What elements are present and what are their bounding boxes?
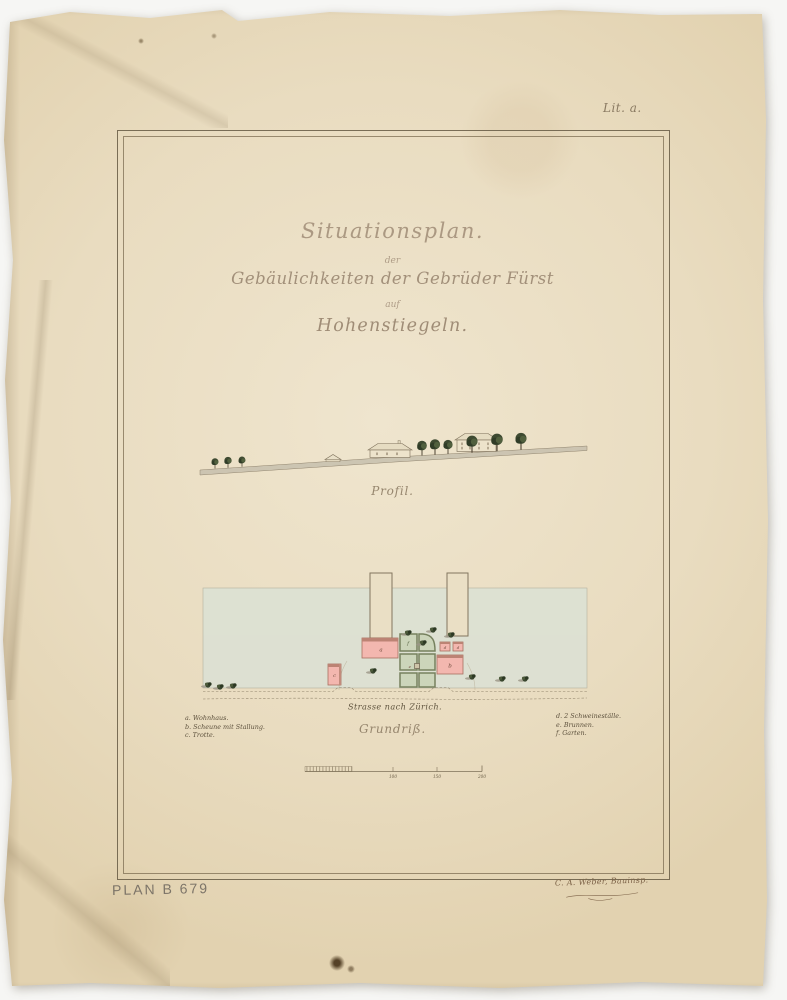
profile-tree — [443, 440, 452, 454]
signature-block: C. A. Weber, Bauinsp. — [537, 875, 668, 908]
archive-lit-label: Lit. a. — [603, 101, 642, 115]
plan-letter-d: d — [444, 645, 447, 650]
plan-road-lower-edge — [203, 698, 587, 699]
profile-drawing — [195, 413, 595, 485]
scale-tick-label: 150 — [433, 774, 441, 779]
scale-tick-label: 100 — [389, 774, 397, 779]
plan-strip — [370, 573, 392, 638]
profile-tree — [239, 457, 246, 467]
profile-tree — [430, 439, 440, 455]
legend-item: d. 2 Schweineställe. — [556, 712, 621, 721]
title-line-3: Gebäulichkeiten der Gebrüder Fürst — [117, 269, 668, 288]
scale-tick-label: 200 — [477, 774, 486, 779]
ground-plan-drawing: f e — [195, 563, 600, 715]
scale-bar: 100 150 200 — [300, 759, 490, 785]
plan-road-label: Strasse nach Zürich. — [348, 702, 442, 712]
plan-garden — [400, 634, 435, 687]
plan-well — [415, 664, 420, 669]
title-line-5: Hohenstiegeln. — [117, 316, 668, 336]
profile-house — [368, 441, 412, 458]
signature-flourish — [562, 890, 642, 903]
profile-hut — [325, 455, 341, 462]
plan-letter-d: d — [457, 645, 460, 650]
profile-tree — [515, 433, 526, 450]
archive-stamp: PLAN B 679 — [112, 880, 209, 898]
scanned-plan-page: Lit. a. Situationsplan. der Gebäulichkei… — [0, 0, 787, 1000]
profile-tree — [224, 457, 231, 468]
title-line-2: der — [117, 256, 668, 266]
scale-hatch-section — [305, 767, 352, 772]
plan-label: Grundriß. — [117, 722, 668, 736]
paper-sheet: Lit. a. Situationsplan. der Gebäulichkei… — [0, 0, 787, 1000]
plan-letter-a: a — [379, 648, 382, 654]
plan-letter-b: b — [448, 664, 452, 670]
title-line-1: Situationsplan. — [117, 219, 668, 243]
paper-sheet-wrap: Lit. a. Situationsplan. der Gebäulichkei… — [0, 0, 787, 1000]
profile-label: Profil. — [117, 484, 668, 498]
plan-letter-c: c — [333, 673, 336, 679]
profile-tree — [212, 458, 219, 468]
profile-tree — [417, 441, 427, 456]
plan-strip — [447, 573, 468, 636]
title-line-4: auf — [117, 300, 668, 310]
